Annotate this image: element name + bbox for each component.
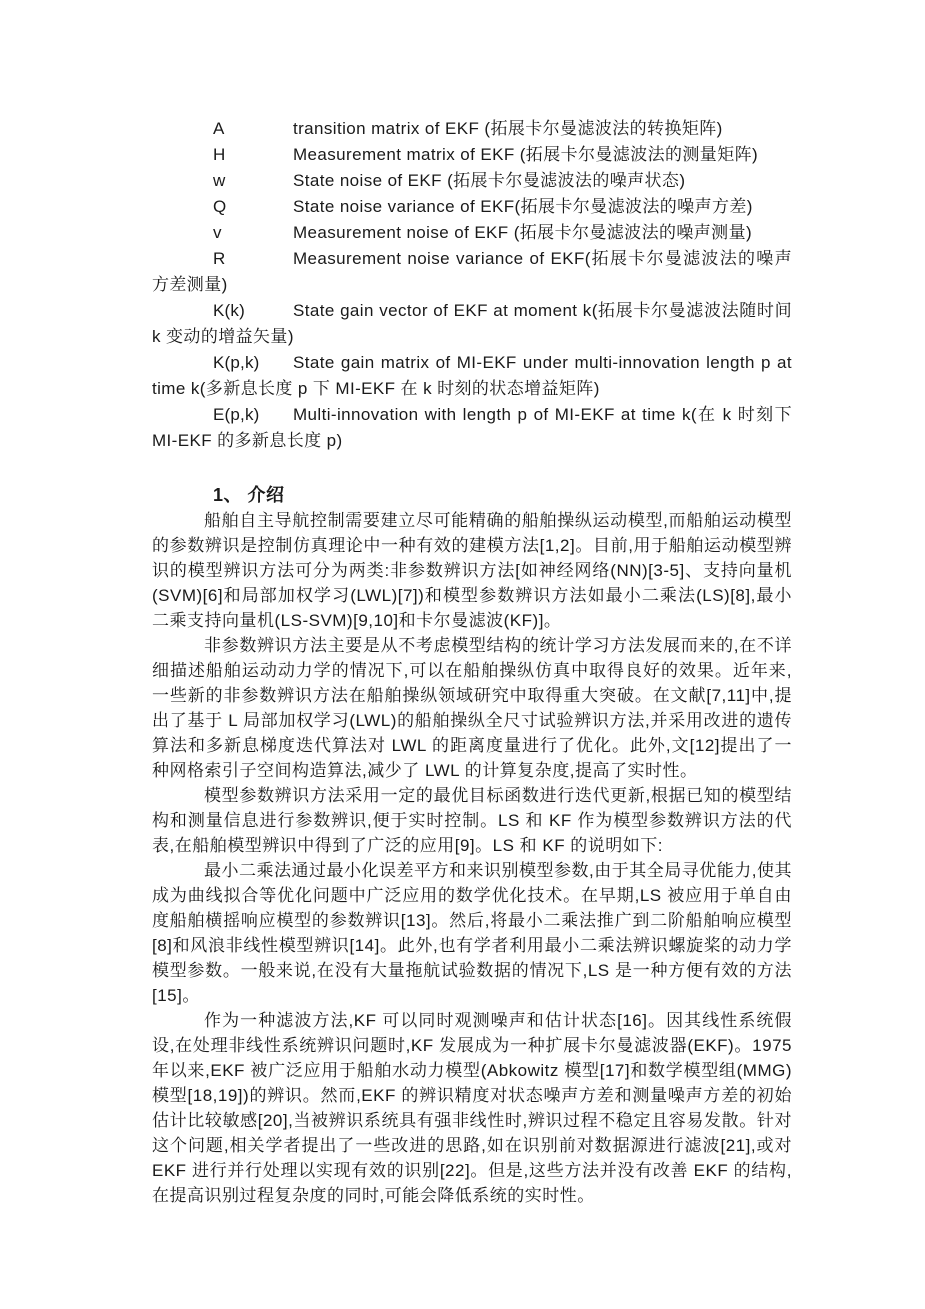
body-paragraph: 船舶自主导航控制需要建立尽可能精确的船舶操纵运动模型,而船舶运动模型的参数辨识是… — [152, 508, 792, 633]
notation-entry: K(p,k)State gain matrix of MI-EKF under … — [152, 350, 792, 402]
notation-symbol: v — [213, 220, 293, 246]
notation-entry: wState noise of EKF (拓展卡尔曼滤波法的噪声状态) — [152, 168, 792, 194]
notation-symbol: H — [213, 142, 293, 168]
notation-entry: QState noise variance of EKF(拓展卡尔曼滤波法的噪声… — [152, 194, 792, 220]
notation-entry: vMeasurement noise of EKF (拓展卡尔曼滤波法的噪声测量… — [152, 220, 792, 246]
notation-symbol: R — [213, 246, 293, 272]
notation-definition: State noise variance of EKF(拓展卡尔曼滤波法的噪声方… — [293, 197, 753, 216]
notation-list: Atransition matrix of EKF (拓展卡尔曼滤波法的转换矩阵… — [152, 116, 792, 454]
notation-symbol: A — [213, 116, 293, 142]
body-paragraph: 非参数辨识方法主要是从不考虑模型结构的统计学习方法发展而来的,在不详细描述船舶运… — [152, 633, 792, 783]
notation-symbol: E(p,k) — [213, 402, 293, 428]
body-paragraph: 作为一种滤波方法,KF 可以同时观测噪声和估计状态[16]。因其线性系统假设,在… — [152, 1008, 792, 1208]
notation-definition: Measurement matrix of EKF (拓展卡尔曼滤波法的测量矩阵… — [293, 145, 758, 164]
notation-definition: transition matrix of EKF (拓展卡尔曼滤波法的转换矩阵) — [293, 119, 723, 138]
notation-entry: HMeasurement matrix of EKF (拓展卡尔曼滤波法的测量矩… — [152, 142, 792, 168]
section-heading: 1、 介绍 — [152, 482, 792, 508]
intro-section: 船舶自主导航控制需要建立尽可能精确的船舶操纵运动模型,而船舶运动模型的参数辨识是… — [152, 508, 792, 1208]
document-page: Atransition matrix of EKF (拓展卡尔曼滤波法的转换矩阵… — [0, 0, 925, 1309]
notation-symbol: K(k) — [213, 298, 293, 324]
body-paragraph: 模型参数辨识方法采用一定的最优目标函数进行迭代更新,根据已知的模型结构和测量信息… — [152, 783, 792, 858]
notation-symbol: w — [213, 168, 293, 194]
notation-entry: E(p,k)Multi-innovation with length p of … — [152, 402, 792, 454]
body-paragraph: 最小二乘法通过最小化误差平方和来识别模型参数,由于其全局寻优能力,使其成为曲线拟… — [152, 858, 792, 1008]
notation-definition: Measurement noise of EKF (拓展卡尔曼滤波法的噪声测量) — [293, 223, 752, 242]
notation-definition: State noise of EKF (拓展卡尔曼滤波法的噪声状态) — [293, 171, 685, 190]
notation-entry: Atransition matrix of EKF (拓展卡尔曼滤波法的转换矩阵… — [152, 116, 792, 142]
notation-symbol: K(p,k) — [213, 350, 293, 376]
notation-entry: K(k)State gain vector of EKF at moment k… — [152, 298, 792, 350]
notation-symbol: Q — [213, 194, 293, 220]
notation-entry: RMeasurement noise variance of EKF(拓展卡尔曼… — [152, 246, 792, 298]
